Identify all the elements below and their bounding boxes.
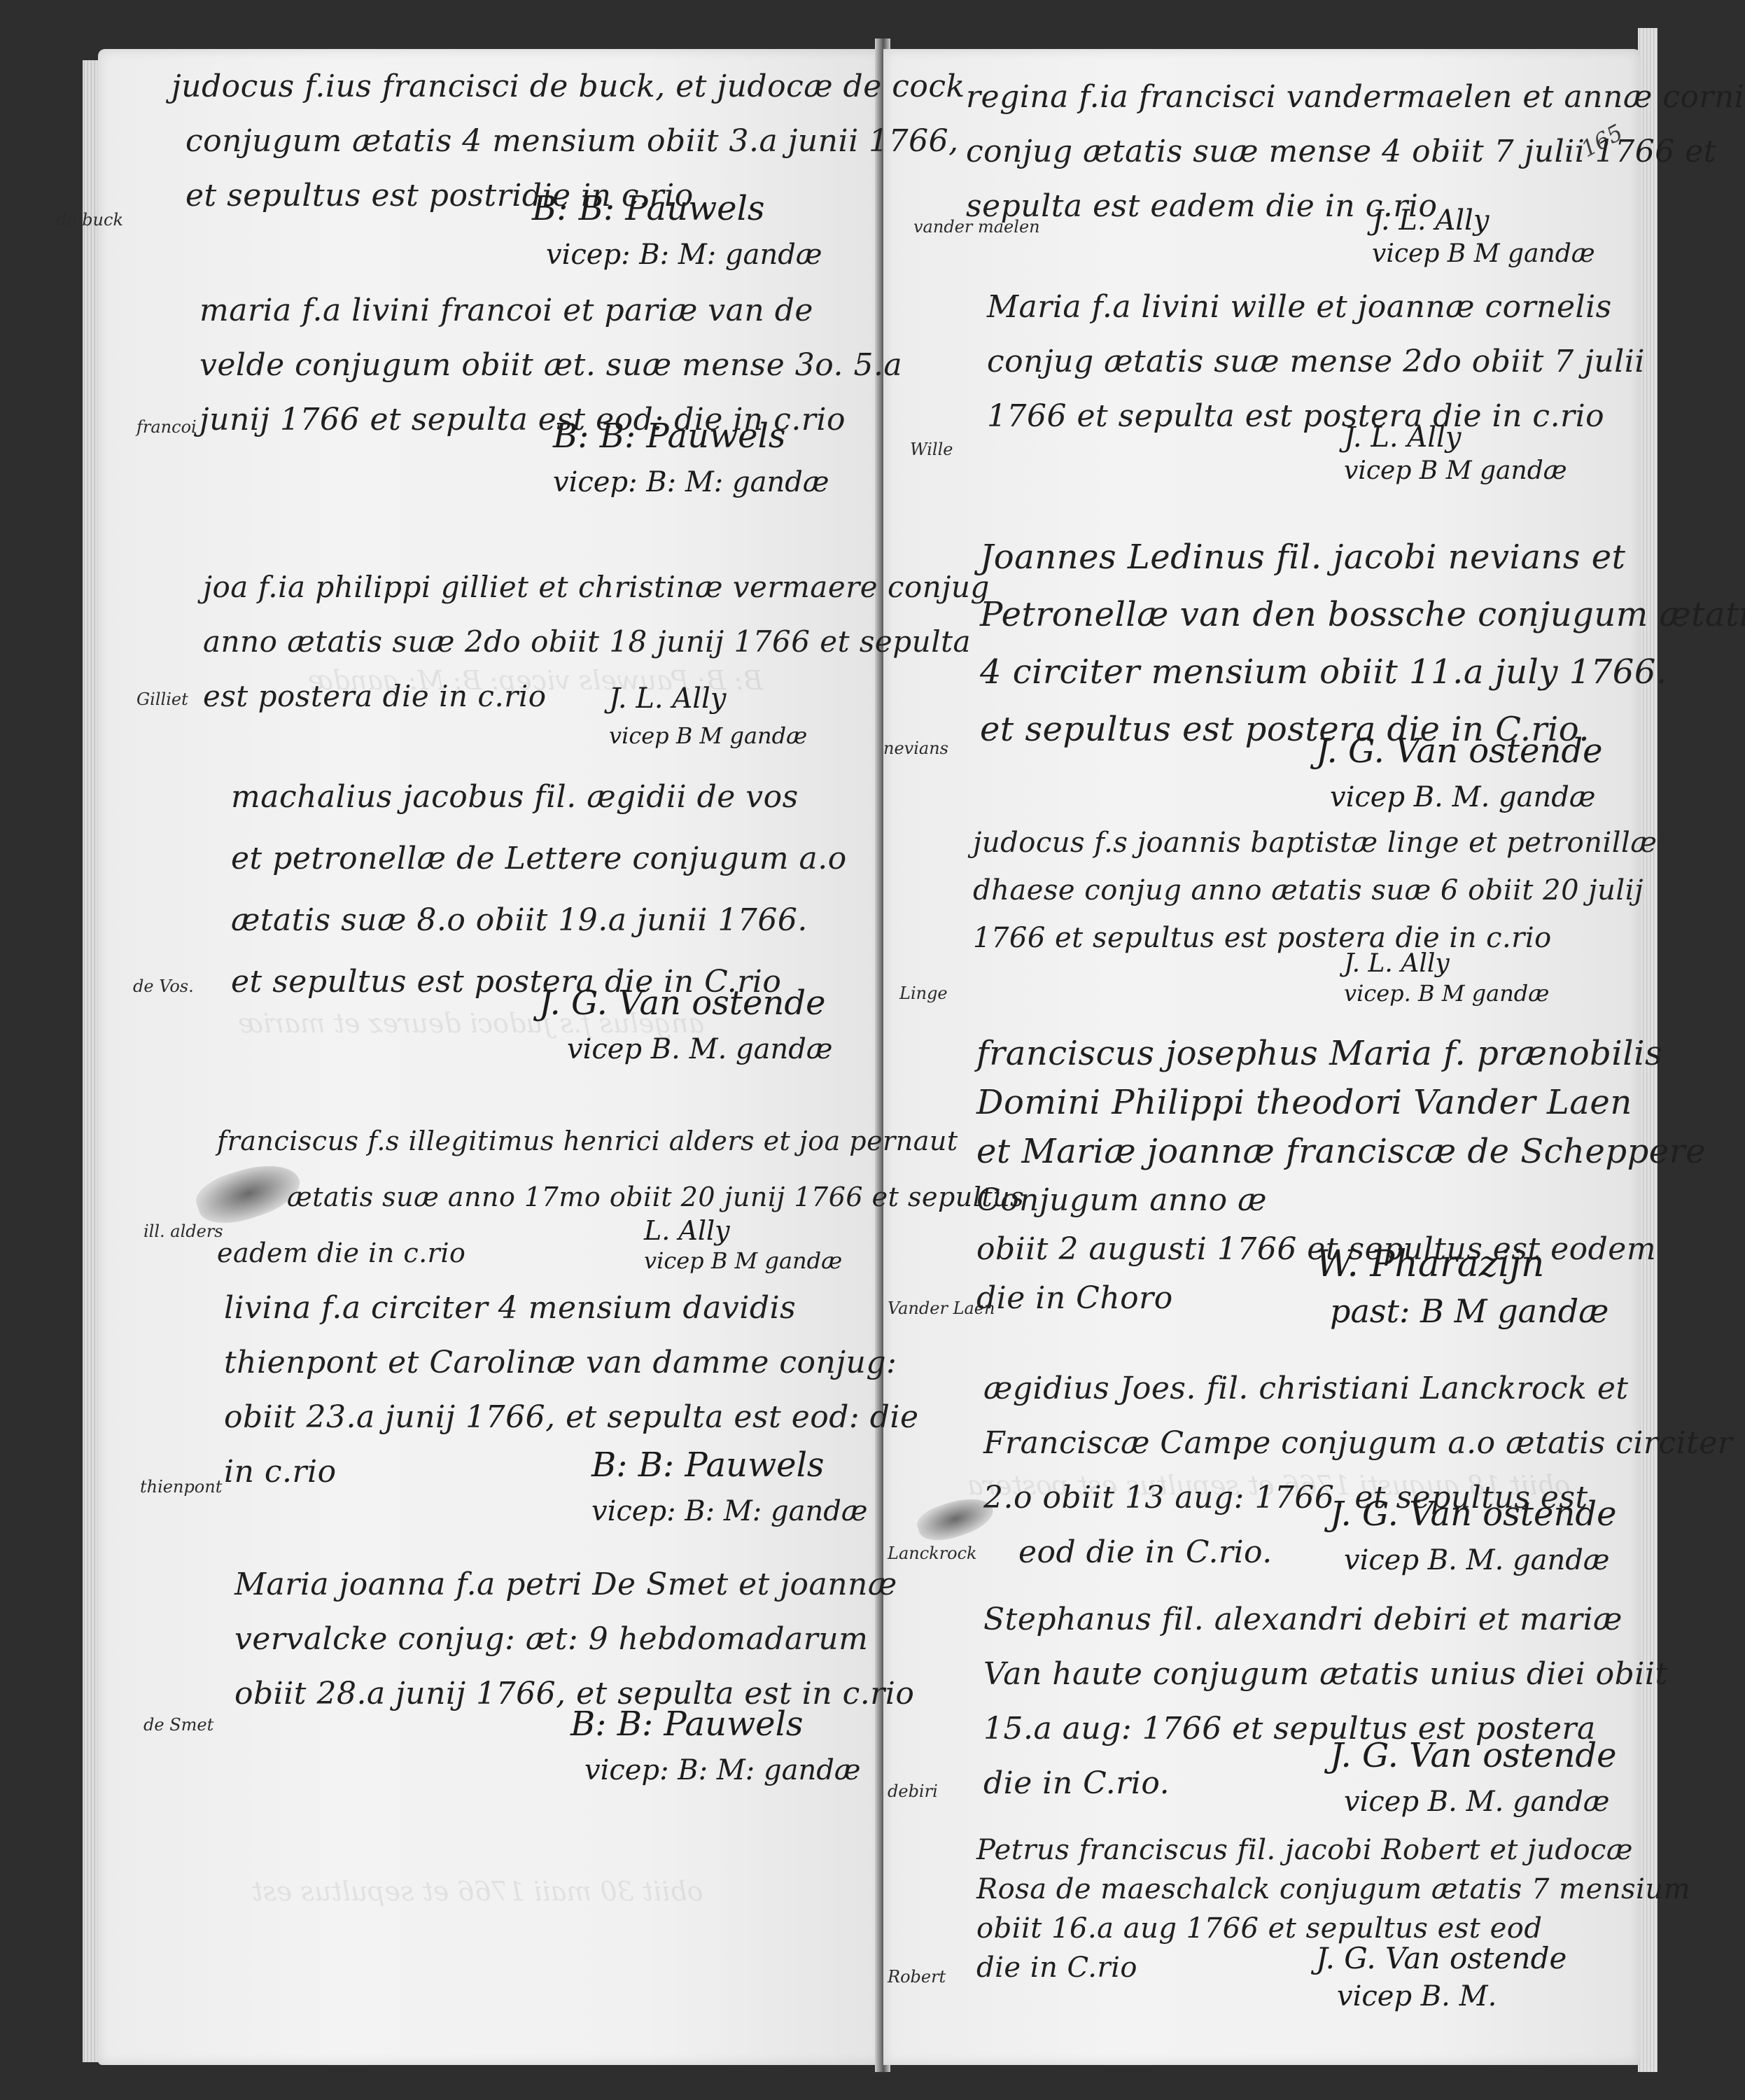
entry-line: est postera die in c.rio (203, 669, 990, 724)
priest-signature: J. L. Ally (1344, 420, 1567, 455)
burial-entry: Maria joanna f.a petri De Smet et joannæ… (234, 1557, 914, 1721)
burial-entry: judocus f.s joannis baptistæ linge et pe… (973, 819, 1657, 962)
entry-line: dhaese conjug anno ætatis suæ 6 obiit 20… (973, 867, 1657, 914)
signature-block: J. L. Ally vicep B M gandæ (1372, 203, 1595, 270)
priest-signature: B: B: Pauwels (570, 1701, 860, 1747)
entry-line: conjugum ætatis 4 mensium obiit 3.a juni… (185, 114, 965, 169)
entry-line: 1766 et sepultus est postera die in c.ri… (973, 914, 1657, 962)
entry-line: Stephanus fil. alexandri debiri et mariæ (983, 1592, 1668, 1647)
margin-surname: de Vos. (133, 976, 194, 996)
priest-signature: J. G. Van ostende (1330, 1732, 1617, 1779)
entry-line: vervalcke conjug: æt: 9 hebdomadarum (234, 1612, 914, 1667)
entry-line: Maria joanna f.a petri De Smet et joannæ (234, 1557, 914, 1612)
entry-line: Domini Philippi theodori Vander Laen (976, 1078, 1706, 1127)
entry-line: Rosa de maeschalck conjugum ætatis 7 men… (976, 1870, 1690, 1909)
priest-signature: J. G. Van ostende (539, 980, 832, 1026)
margin-surname: de Smet (143, 1715, 213, 1735)
entry-line: Conjugum anno æ (976, 1176, 1706, 1225)
priest-title: vicep B M gandæ (609, 722, 807, 750)
entry-line: Maria f.a livini wille et joannæ corneli… (987, 280, 1645, 335)
entry-line: Petrus franciscus fil. jacobi Robert et … (976, 1830, 1690, 1870)
priest-title: vicep B. M. gandæ (1344, 1779, 1617, 1825)
entry-line: velde conjugum obiit æt. suæ mense 3o. 5… (199, 338, 902, 393)
entry-line: obiit 23.a junij 1766, et sepulta est eo… (224, 1390, 919, 1445)
burial-entry: regina f.ia francisci vandermaelen et an… (966, 70, 1745, 234)
entry-line: judocus f.s joannis baptistæ linge et pe… (973, 819, 1657, 867)
priest-signature: J. G. Van ostende (1316, 728, 1603, 774)
margin-surname: nevians (883, 738, 948, 758)
priest-title: vicep B M gandæ (644, 1247, 842, 1275)
signature-block: B: B: Pauwels vicep: B: M: gandæ (532, 185, 822, 278)
entry-line: regina f.ia francisci vandermaelen et an… (966, 70, 1745, 125)
signature-block: B: B: Pauwels vicep: B: M: gandæ (591, 1442, 867, 1534)
margin-surname: thienpont (140, 1477, 222, 1497)
entry-line: sepulta est eadem die in c.rio (966, 179, 1745, 234)
priest-signature: J. L. Ally (609, 675, 807, 722)
margin-surname: Wille (910, 440, 953, 459)
bleed-through-text: obiit 30 maii 1766 et sepultus est (252, 1876, 703, 1907)
entry-line: et Mariæ joannæ franciscæ de Scheppere (976, 1127, 1706, 1176)
entry-line: franciscus josephus Maria f. prænobilis (976, 1029, 1706, 1078)
entry-line: eadem die in c.rio (217, 1225, 1024, 1281)
burial-entry: joa f.ia philippi gilliet et christinæ v… (203, 560, 990, 724)
entry-line: Van haute conjugum ætatis unius diei obi… (983, 1647, 1668, 1702)
entry-line: Franciscæ Campe conjugum a.o ætatis circ… (983, 1416, 1732, 1471)
entry-line: 4 circiter mensium obiit 11.a july 1766. (980, 643, 1745, 701)
entry-line: livina f.a circiter 4 mensium davidis (224, 1281, 919, 1336)
entry-line: joa f.ia philippi gilliet et christinæ v… (203, 560, 990, 615)
signature-block: W. Pharazijn past: B M gandæ (1316, 1239, 1609, 1333)
priest-title: past: B M gandæ (1330, 1289, 1609, 1333)
margin-surname: Linge (899, 983, 948, 1003)
margin-surname: ill. alders (143, 1214, 223, 1248)
priest-signature: W. Pharazijn (1316, 1239, 1609, 1289)
priest-title: vicep: B: M: gandæ (553, 459, 829, 505)
entry-line: judocus f.ius francisci de buck, et judo… (171, 59, 965, 114)
margin-surname: Lanckrock (888, 1543, 977, 1563)
signature-block: J. G. Van ostende vicep B. M. gandæ (1330, 1491, 1617, 1583)
priest-title: vicep B M gandæ (1344, 455, 1567, 487)
priest-title: vicep B. M. (1337, 1978, 1567, 2015)
burial-entry: Maria f.a livini wille et joannæ corneli… (987, 280, 1645, 444)
margin-surname: Robert (888, 1967, 946, 1987)
entry-line: Joannes Ledinus fil. jacobi nevians et (980, 528, 1745, 586)
priest-signature: B: B: Pauwels (532, 185, 822, 232)
entry-line: ætatis suæ 8.o obiit 19.a junii 1766. (231, 890, 847, 951)
signature-block: J. G. Van ostende vicep B. M. gandæ (1316, 728, 1603, 820)
signature-block: J. L. Ally vicep B M gandæ (609, 675, 807, 750)
burial-entry: machalius jacobus fil. ægidii de vos et … (231, 766, 847, 1013)
signature-block: B: B: Pauwels vicep: B: M: gandæ (553, 413, 829, 505)
priest-title: vicep B. M. gandæ (1344, 1537, 1617, 1583)
entry-line: conjug ætatis suæ mense 4 obiit 7 julii … (966, 125, 1745, 179)
priest-signature: J. L. Ally (1344, 948, 1549, 979)
priest-title: vicep: B: M: gandæ (546, 232, 822, 278)
signature-block: J. G. Van ostende vicep B. M. gandæ (539, 980, 832, 1072)
priest-signature: B: B: Pauwels (553, 413, 829, 459)
entry-line: maria f.a livini francoi et pariæ van de (199, 283, 902, 338)
burial-entry: Joannes Ledinus fil. jacobi nevians et P… (980, 528, 1745, 758)
priest-title: vicep: B: M: gandæ (591, 1488, 867, 1534)
priest-title: vicep B M gandæ (1372, 238, 1595, 270)
margin-surname: francoi (136, 417, 197, 437)
signature-block: L. Ally vicep B M gandæ (644, 1214, 842, 1275)
signature-block: J. L. Ally vicep. B M gandæ (1344, 948, 1549, 1007)
priest-title: vicep. B M gandæ (1344, 979, 1549, 1007)
open-register-book: B: B: Pauwels vicep: B: M: gandæ angelus… (0, 0, 1745, 2100)
priest-title: vicep B. M. gandæ (567, 1026, 832, 1072)
entry-line: Petronellæ van den bossche conjugum ætat… (980, 586, 1745, 643)
margin-surname: de buck (56, 210, 123, 230)
burial-entry: franciscus f.s illegitimus henrici alder… (217, 1113, 1024, 1281)
entry-line: et petronellæ de Lettere conjugum a.o (231, 828, 847, 890)
priest-title: vicep B. M. gandæ (1330, 774, 1603, 820)
priest-signature: J. G. Van ostende (1316, 1939, 1567, 1978)
entry-line: machalius jacobus fil. ægidii de vos (231, 766, 847, 828)
entry-line: thienpont et Carolinæ van damme conjug: (224, 1336, 919, 1390)
priest-signature: J. G. Van ostende (1330, 1491, 1617, 1537)
priest-signature: L. Ally (644, 1214, 842, 1247)
margin-surname: Gilliet (136, 689, 188, 709)
signature-block: J. G. Van ostende vicep B. M. (1316, 1939, 1567, 2015)
signature-block: J. L. Ally vicep B M gandæ (1344, 420, 1567, 487)
entry-line: anno ætatis suæ 2do obiit 18 junij 1766 … (203, 615, 990, 669)
priest-signature: J. L. Ally (1372, 203, 1595, 238)
priest-signature: B: B: Pauwels (591, 1442, 867, 1488)
signature-block: J. G. Van ostende vicep B. M. gandæ (1330, 1732, 1617, 1825)
entry-line: conjug ætatis suæ mense 2do obiit 7 juli… (987, 335, 1645, 389)
entry-line: ægidius Joes. fil. christiani Lanckrock … (983, 1361, 1732, 1416)
signature-block: B: B: Pauwels vicep: B: M: gandæ (570, 1701, 860, 1793)
priest-title: vicep: B: M: gandæ (584, 1747, 860, 1793)
margin-surname: debiri (888, 1781, 938, 1801)
entry-line: franciscus f.s illegitimus henrici alder… (217, 1113, 1024, 1169)
